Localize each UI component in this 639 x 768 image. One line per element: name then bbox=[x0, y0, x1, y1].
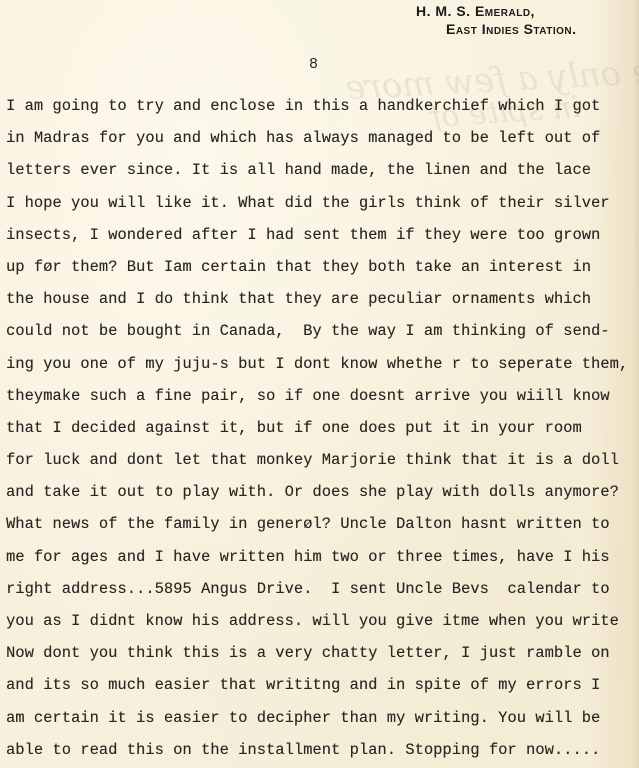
letter-line: the house and I do think that they are p… bbox=[6, 283, 639, 315]
letter-line: Now dont you think this is a very chatty… bbox=[6, 637, 639, 669]
letter-line: What news of the family in generøl? Uncl… bbox=[6, 508, 639, 540]
letter-line: insects, I wondered after I had sent the… bbox=[6, 219, 639, 251]
letter-line: I hope you will like it. What did the gi… bbox=[6, 187, 639, 219]
letterhead-ship-name: H. M. S. Emerald, bbox=[416, 3, 535, 19]
letter-line: that I decided against it, but if one do… bbox=[6, 412, 639, 444]
letter-line: and its so much easier that writitng and… bbox=[6, 669, 639, 701]
letter-line: am certain it is easier to decipher than… bbox=[6, 702, 639, 734]
letter-body: I am going to try and enclose in this a … bbox=[6, 90, 639, 766]
letter-line: right address...5895 Angus Drive. I sent… bbox=[6, 573, 639, 605]
page-number: 8 bbox=[309, 56, 318, 73]
letter-line: me for ages and I have written him two o… bbox=[6, 541, 639, 573]
letter-line: I am going to try and enclose in this a … bbox=[6, 90, 639, 122]
letter-line: up før them? But Iam certain that they b… bbox=[6, 251, 639, 283]
letter-line: and take it out to play with. Or does sh… bbox=[6, 476, 639, 508]
letter-line: could not be bought in Canada, By the wa… bbox=[6, 315, 639, 347]
letter-page: there we are only a few more in spite of… bbox=[0, 0, 639, 768]
letter-line: for luck and dont let that monkey Marjor… bbox=[6, 444, 639, 476]
letter-line: theymake such a fine pair, so if one doe… bbox=[6, 380, 639, 412]
letter-line: able to read this on the installment pla… bbox=[6, 734, 639, 766]
letter-line: you as I didnt know his address. will yo… bbox=[6, 605, 639, 637]
letter-line: ing you one of my juju-s but I dont know… bbox=[6, 348, 639, 380]
letterhead-station: East Indies Station. bbox=[446, 21, 577, 37]
letter-line: in Madras for you and which has always m… bbox=[6, 122, 639, 154]
letter-line: letters ever since. It is all hand made,… bbox=[6, 154, 639, 186]
